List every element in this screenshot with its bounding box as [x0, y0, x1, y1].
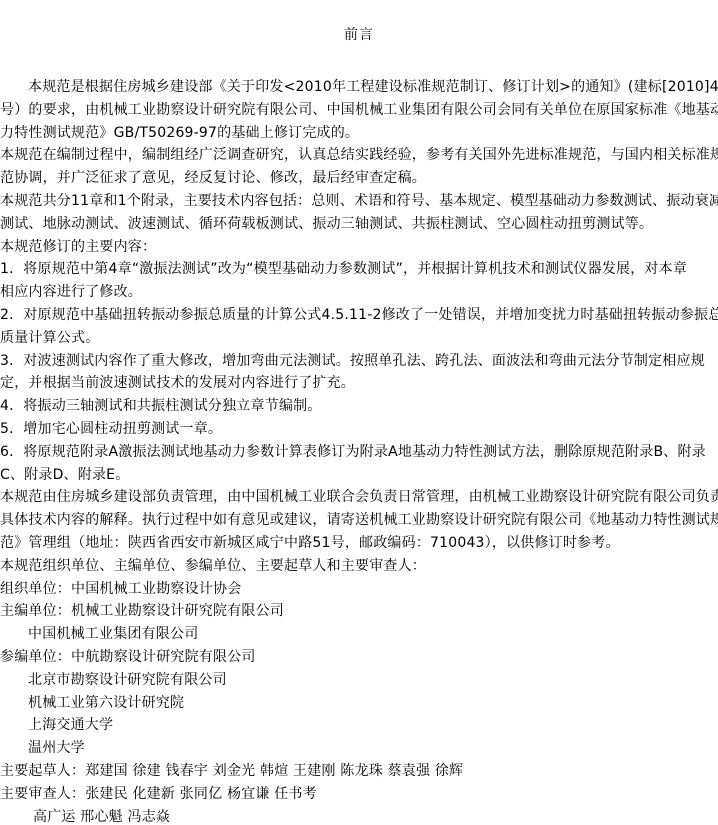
- text-line: 本规范由住房城乡建设部负责管理，由中国机械工业联合会负责日常管理，由机械工业勘察…: [0, 486, 718, 509]
- text-line: C、附录D、附录E。: [0, 464, 718, 487]
- text-line: 2．对原规范中基础扭转振动参振总质量的计算公式4.5.11-2修改了一处错误，并…: [0, 304, 718, 327]
- text-line: 相应内容进行了修改。: [0, 281, 718, 304]
- text-line: 4．将振动三轴测试和共振柱测试分独立章节编制。: [0, 395, 718, 418]
- text-line: 本规范修订的主要内容：: [0, 236, 718, 259]
- text-line: 北京市勘察设计研究院有限公司: [0, 669, 718, 692]
- text-line: 中国机械工业集团有限公司: [0, 623, 718, 646]
- text-line: 高广运 邢心魁 冯志焱: [0, 806, 718, 825]
- text-line: 范》管理组（地址：陕西省西安市新城区咸宁中路51号，邮政编码：710043），以…: [0, 532, 718, 555]
- text-line: 6．将原规范附录A激振法测试地基动力参数计算表修订为附录A地基动力特性测试方法，…: [0, 441, 718, 464]
- document-page: 前言 本规范是根据住房城乡建设部《关于印发<2010年工程建设标准规范制订、修订…: [0, 0, 718, 825]
- text-line: 主编单位：机械工业勘察设计研究院有限公司: [0, 600, 718, 623]
- document-body: 本规范是根据住房城乡建设部《关于印发<2010年工程建设标准规范制订、修订计划>…: [0, 76, 718, 825]
- text-line: 5．增加宅心圆柱动扭剪测试一章。: [0, 418, 718, 441]
- text-line: 3．对波速测试内容作了重大修改，增加弯曲元法测试。按照单孔法、跨孔法、面波法和弯…: [0, 350, 718, 373]
- text-line: 1．将原规范中第4章“激振法测试”改为“模型基础动力参数测试”，并根据计算机技术…: [0, 258, 718, 281]
- text-line: 本规范在编制过程中，编制组经广泛调查研究，认真总结实践经验，参考有关国外先进标准…: [0, 144, 718, 167]
- text-line: 温州大学: [0, 737, 718, 760]
- text-line: 范协调，并广泛征求了意见，经反复讨论、修改，最后经审查定稿。: [0, 167, 718, 190]
- text-line: 组织单位：中国机械工业勘察设计协会: [0, 578, 718, 601]
- text-line: 具体技术内容的解释。执行过程中如有意见或建议，请寄送机械工业勘察设计研究院有限公…: [0, 509, 718, 532]
- text-line: 上海交通大学: [0, 714, 718, 737]
- text-line: 力特性测试规范》GB/T50269-97的基础上修订完成的。: [0, 122, 718, 145]
- text-line: 机械工业第六设计研究院: [0, 692, 718, 715]
- text-line: 号）的要求，由机械工业勘察设计研究院有限公司、中国机械工业集团有限公司会同有关单…: [0, 99, 718, 122]
- page-title: 前言: [0, 25, 718, 45]
- text-line: 本规范共分11章和1个附录，主要技术内容包括：总则、术语和符号、基本规定、模型基…: [0, 190, 718, 213]
- text-line: 本规范是根据住房城乡建设部《关于印发<2010年工程建设标准规范制订、修订计划>…: [0, 76, 718, 99]
- text-line: 本规范组织单位、主编单位、参编单位、主要起草人和主要审查人：: [0, 555, 718, 578]
- text-line: 主要审查人：张建民 化建新 张同亿 杨宜谦 任书考: [0, 783, 718, 806]
- text-line: 参编单位：中航勘察设计研究院有限公司: [0, 646, 718, 669]
- text-line: 定，并根据当前波速测试技术的发展对内容进行了扩充。: [0, 372, 718, 395]
- text-line: 主要起草人：郑建国 徐建 钱春宇 刘金光 韩煊 王建刚 陈龙珠 蔡袁强 徐辉: [0, 760, 718, 783]
- text-line: 测试、地脉动测试、波速测试、循环荷载板测试、振动三轴测试、共振柱测试、空心圆柱动…: [0, 213, 718, 236]
- text-line: 质量计算公式。: [0, 327, 718, 350]
